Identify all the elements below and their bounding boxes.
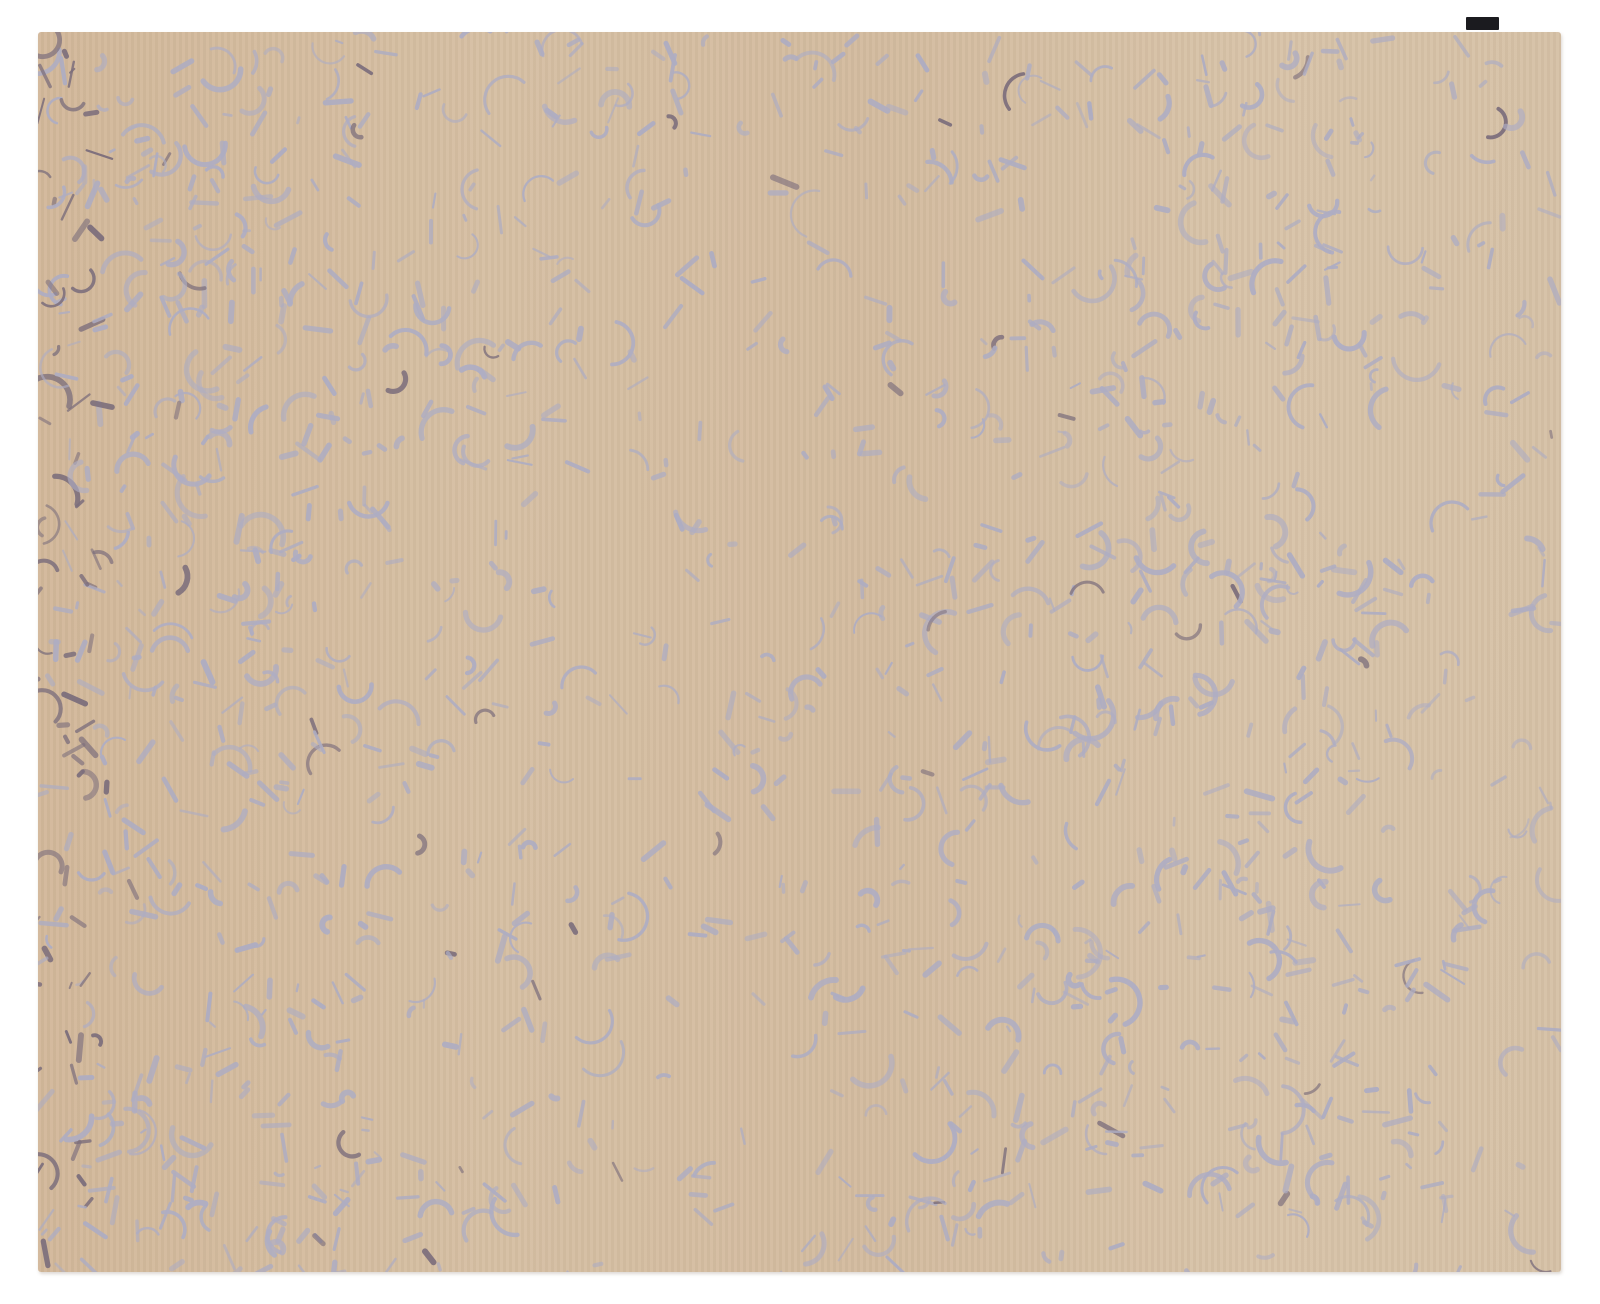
rug [38,32,1561,1272]
label-tag [1466,17,1499,30]
damask-pattern [38,32,1561,1272]
photo-stage [0,0,1600,1304]
